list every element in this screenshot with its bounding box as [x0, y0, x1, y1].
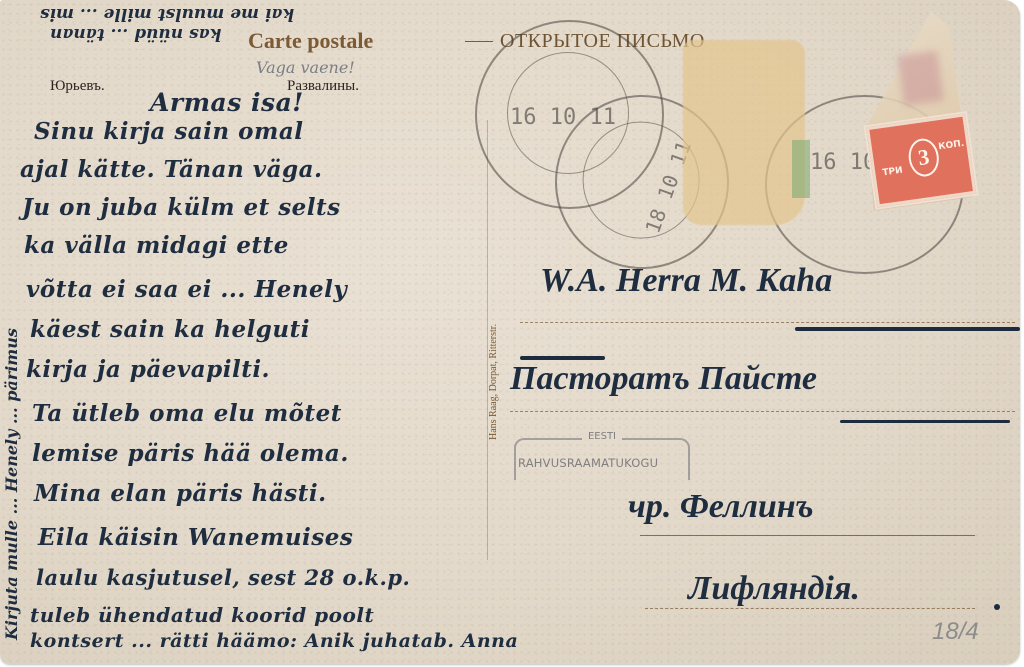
address-recipient: W.A. Herra M. Kaha: [540, 262, 832, 300]
catalog-number: 18/4: [932, 618, 979, 646]
handwriting-line: Ju on juba külm et selts: [22, 194, 341, 221]
stamp-label-right: КОП.: [938, 139, 965, 153]
address-line-2: [510, 411, 1015, 412]
stamp-ink-smudge: [897, 51, 944, 106]
address-place: Пасторатъ Пайсте: [510, 360, 817, 398]
handwriting-line: tuleb ühendatud koorid poolt: [30, 603, 374, 627]
caption-city: Юрьевъ.: [50, 78, 105, 95]
postcard-back: Carte postale ОТКРЫТОЕ ПИСЬМО Юрьевъ. Ра…: [0, 0, 1020, 664]
handwriting-line: lemise päris hää olema.: [32, 440, 349, 467]
stamp-value: 3: [906, 137, 941, 179]
stamp-face: 3 ТРИ КОП.: [866, 113, 976, 207]
address-line-3: [640, 535, 975, 536]
handwriting-line: kirja ja päevapilti.: [26, 356, 270, 383]
handwriting-line: võtta ei saa ei ... Henely: [26, 276, 347, 303]
ink-dot: [994, 604, 1000, 610]
library-stamp: EESTI RAHVUSRAAMATUKOGU: [514, 438, 690, 480]
handwriting-upside-2: kas nüüd ... tänan: [50, 24, 221, 44]
address-region: Лифляндія.: [688, 570, 860, 608]
handwriting-line: Ta ütleb oma elu mõtet: [32, 400, 342, 427]
place-overline: [520, 356, 605, 360]
handwriting-line: Sinu kirja sain omal: [34, 118, 303, 145]
stamp-label-left: ТРИ: [882, 166, 903, 179]
address-line-4: [645, 608, 975, 609]
stamp-fragment-green: [792, 140, 810, 198]
handwriting-insert: Vaga vaene!: [256, 58, 355, 77]
handwriting-line: Mina elan päris hästi.: [34, 480, 327, 507]
place-underline: [840, 420, 1010, 423]
handwriting-line: Eila käisin Wanemuises: [38, 524, 353, 551]
handwriting-upside-1: kai me muulst mille ... mis: [40, 4, 294, 24]
handwriting-line: laulu kasjutusel, sest 28 o.k.p.: [36, 565, 410, 590]
removed-stamp-stain: [683, 40, 805, 225]
address-town: чр. Феллинъ: [628, 488, 814, 526]
recipient-underline: [795, 327, 1020, 331]
handwriting-margin: Kirjuta mulle ... Henely ... pärimus: [2, 328, 21, 640]
address-line-1: [520, 322, 1015, 323]
handwriting-salutation: Armas isa!: [150, 88, 304, 117]
handwriting-line: ka välla midagi ette: [24, 232, 289, 259]
library-stamp-top: EESTI: [582, 431, 622, 442]
title-french: Carte postale: [248, 28, 373, 54]
title-separator: [465, 41, 493, 42]
handwriting-line: käest sain ka helguti: [30, 316, 310, 343]
handwriting-line: ajal kätte. Tänan väga.: [20, 156, 323, 183]
handwriting-line: kontsert ... rätti häämo: Anik juhatab. …: [30, 630, 518, 652]
library-stamp-bottom: RAHVUSRAAMATUKOGU: [518, 456, 658, 470]
publisher-imprint: Hans Raag, Dorpat, Ritterstr.: [488, 324, 499, 440]
